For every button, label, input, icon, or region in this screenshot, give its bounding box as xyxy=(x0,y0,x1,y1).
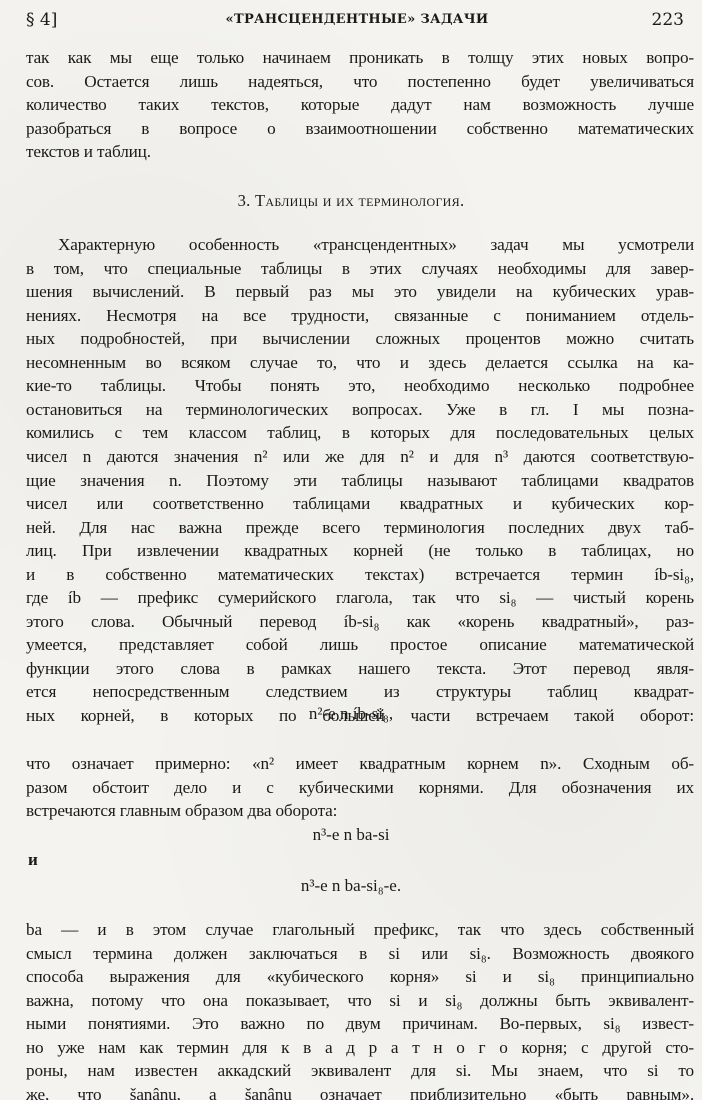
text-line: смысл термина должен заключаться в si ил… xyxy=(26,942,694,965)
text-line: умеется, представляет собой лишь простое… xyxy=(26,633,694,656)
text-line: ней. Для нас важна прежде всего терминол… xyxy=(26,516,694,539)
formula-square-root: n²-e n íb-si₈, xyxy=(0,702,702,726)
text-line: встречаются главным образом два оборота: xyxy=(26,799,694,822)
text-line: нениях. Несмотря на все трудности, связа… xyxy=(26,304,694,327)
text-line: где íb — префикс сумерийского глагола, т… xyxy=(26,586,694,609)
text-line: функции этого слова в рамках нашего текс… xyxy=(26,657,694,680)
text-line: роны, нам известен аккадский эквивалент … xyxy=(26,1059,694,1082)
text-line: так как мы еще только начинаем проникать… xyxy=(26,46,694,69)
chapter-title: «ТРАНСЦЕНДЕНТНЫЕ» ЗАДАЧИ xyxy=(26,8,688,32)
text-line: ba — и в этом случае глагольный префикс,… xyxy=(26,918,694,941)
text-line: в том, что специальные таблицы в этих сл… xyxy=(26,257,694,280)
text-line: и в собственно математических текстах) в… xyxy=(26,563,694,586)
text-line: ных подробностей, при вычислении сложных… xyxy=(26,327,694,350)
text-line: этого слова. Обычный перевод íb-si₈ как … xyxy=(26,610,694,633)
text-line: важна, потому что она показывает, что si… xyxy=(26,989,694,1012)
text-line: ется непосредственным следствием из стру… xyxy=(26,680,694,703)
text-line: шения вычислений. В первый раз мы это ув… xyxy=(26,280,694,303)
running-head: § 4] «ТРАНСЦЕНДЕНТНЫЕ» ЗАДАЧИ 223 xyxy=(26,8,688,32)
text-line: разом обстоит дело и с кубическими корня… xyxy=(26,776,694,799)
formula-cube-root-2: n³-e n ba-si₈-e. xyxy=(0,874,702,898)
text-line: Характерную особенность «трансцендентных… xyxy=(26,233,694,256)
text-line: несомненным во всяком случае то, что и з… xyxy=(26,351,694,374)
text-line: сов. Остается лишь надеяться, что постеп… xyxy=(26,70,694,93)
text-line: комились с тем классом таблиц, в которых… xyxy=(26,421,694,444)
text-line: ными понятиями. Это важно по двум причин… xyxy=(26,1012,694,1035)
formula-cube-root-1: n³-e n ba-si xyxy=(0,823,702,847)
text-line: щие значения n. Поэтому эти таблицы назы… xyxy=(26,469,694,492)
text-line: количество таких текстов, которые дадут … xyxy=(26,93,694,116)
text-line: разобраться в вопросе о взаимоотношении … xyxy=(26,117,694,140)
conjunction: и xyxy=(28,850,38,870)
page-number: 223 xyxy=(652,8,684,32)
text-line: чисел n даются значения n² или же для n²… xyxy=(26,445,694,468)
text-line: чисел или соответственно таблицами квадр… xyxy=(26,492,694,515)
text-line: способа выражения для «кубического корня… xyxy=(26,965,694,988)
text-line: кие-то таблицы. Чтобы понять это, необхо… xyxy=(26,374,694,397)
text-line: но уже нам как термин для к в а д р а т … xyxy=(26,1036,694,1059)
section-heading: 3. Таблицы и их терминология. xyxy=(0,190,702,212)
book-page: § 4] «ТРАНСЦЕНДЕНТНЫЕ» ЗАДАЧИ 223 так ка… xyxy=(0,0,702,1100)
text-line: что означает примерно: «n² имеет квадрат… xyxy=(26,752,694,775)
text-line: остановиться на терминологических вопрос… xyxy=(26,398,694,421)
text-line: же, что šanânu, а šanânu означает прибли… xyxy=(26,1083,694,1100)
text-line: лиц. При извлечении квадратных корней (н… xyxy=(26,539,694,562)
text-line: текстов и таблиц. xyxy=(26,140,694,163)
